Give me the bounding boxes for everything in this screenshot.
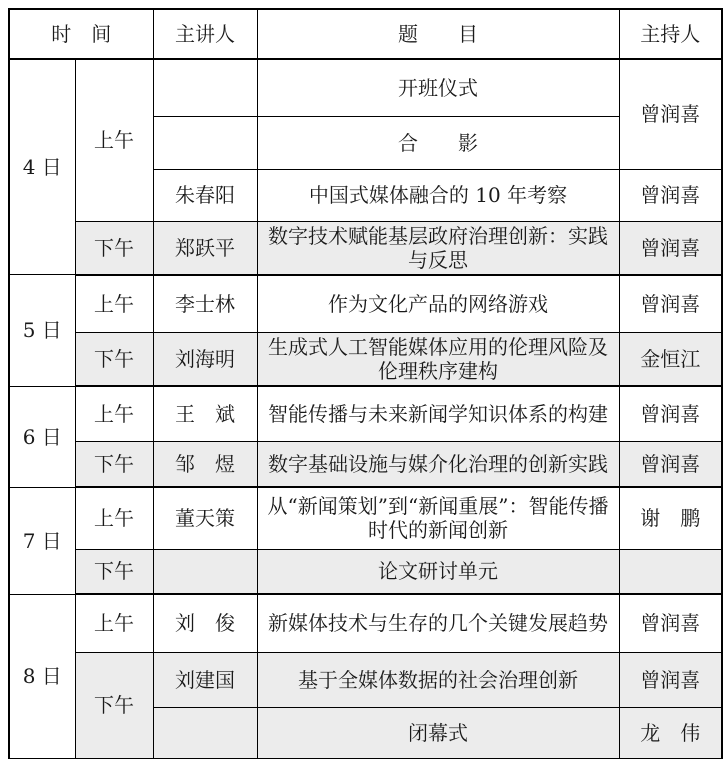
session-cell: 下午 bbox=[75, 221, 153, 275]
host-cell: 曾润喜 bbox=[619, 221, 722, 275]
speaker-cell: 刘 俊 bbox=[153, 594, 257, 652]
title-cell: 从“新闻策划”到“新闻重展”：智能传播时代的新闻创新 bbox=[257, 487, 619, 549]
host-cell: 曾润喜 bbox=[619, 275, 722, 333]
session-cell: 上午 bbox=[75, 59, 153, 221]
session-cell: 下午 bbox=[75, 333, 153, 387]
header-row: 时 间 主讲人 题 目 主持人 bbox=[9, 9, 722, 59]
session-cell: 上午 bbox=[75, 275, 153, 333]
header-cell-time: 时 间 bbox=[9, 9, 153, 59]
speaker-cell bbox=[153, 116, 257, 169]
title-cell: 数字技术赋能基层政府治理创新：实践与反思 bbox=[257, 221, 619, 275]
host-cell bbox=[619, 549, 722, 594]
table-row: 下午 论文研讨单元 bbox=[9, 549, 722, 594]
title-cell: 闭幕式 bbox=[257, 707, 619, 759]
day-cell: 4 日 bbox=[9, 59, 75, 275]
day-cell: 7 日 bbox=[9, 487, 75, 594]
day-cell: 8 日 bbox=[9, 594, 75, 759]
host-cell: 曾润喜 bbox=[619, 441, 722, 487]
header-cell-host: 主持人 bbox=[619, 9, 722, 59]
title-cell: 合 影 bbox=[257, 116, 619, 169]
title-cell: 论文研讨单元 bbox=[257, 549, 619, 594]
title-cell: 数字基础设施与媒介化治理的创新实践 bbox=[257, 441, 619, 487]
header-cell-speaker: 主讲人 bbox=[153, 9, 257, 59]
host-cell: 龙 伟 bbox=[619, 707, 722, 759]
host-cell: 曾润喜 bbox=[619, 59, 722, 169]
table-row: 下午 刘海明 生成式人工智能媒体应用的伦理风险及伦理秩序建构 金恒江 bbox=[9, 333, 722, 387]
session-cell: 下午 bbox=[75, 549, 153, 594]
host-cell: 曾润喜 bbox=[619, 652, 722, 707]
speaker-cell: 刘海明 bbox=[153, 333, 257, 387]
host-cell: 金恒江 bbox=[619, 333, 722, 387]
session-cell: 上午 bbox=[75, 386, 153, 441]
schedule-table: 时 间 主讲人 题 目 主持人 4 日 上午 开班仪式 曾润喜 合 影 朱春阳 … bbox=[8, 8, 723, 759]
title-cell: 作为文化产品的网络游戏 bbox=[257, 275, 619, 333]
speaker-cell bbox=[153, 549, 257, 594]
table-row: 下午 刘建国 基于全媒体数据的社会治理创新 曾润喜 bbox=[9, 652, 722, 707]
speaker-cell: 邹 煜 bbox=[153, 441, 257, 487]
document-page: 时 间 主讲人 题 目 主持人 4 日 上午 开班仪式 曾润喜 合 影 朱春阳 … bbox=[0, 0, 728, 759]
speaker-cell: 朱春阳 bbox=[153, 169, 257, 221]
speaker-cell bbox=[153, 707, 257, 759]
table-row: 下午 郑跃平 数字技术赋能基层政府治理创新：实践与反思 曾润喜 bbox=[9, 221, 722, 275]
host-cell: 谢 鹏 bbox=[619, 487, 722, 549]
speaker-cell: 李士林 bbox=[153, 275, 257, 333]
host-cell: 曾润喜 bbox=[619, 169, 722, 221]
table-row: 7 日 上午 董天策 从“新闻策划”到“新闻重展”：智能传播时代的新闻创新 谢 … bbox=[9, 487, 722, 549]
table-row: 6 日 上午 王 斌 智能传播与未来新闻学知识体系的构建 曾润喜 bbox=[9, 386, 722, 441]
table-row: 5 日 上午 李士林 作为文化产品的网络游戏 曾润喜 bbox=[9, 275, 722, 333]
header-cell-title: 题 目 bbox=[257, 9, 619, 59]
table-row: 8 日 上午 刘 俊 新媒体技术与生存的几个关键发展趋势 曾润喜 bbox=[9, 594, 722, 652]
speaker-cell: 郑跃平 bbox=[153, 221, 257, 275]
host-cell: 曾润喜 bbox=[619, 594, 722, 652]
speaker-cell: 刘建国 bbox=[153, 652, 257, 707]
title-cell: 生成式人工智能媒体应用的伦理风险及伦理秩序建构 bbox=[257, 333, 619, 387]
speaker-cell: 王 斌 bbox=[153, 386, 257, 441]
speaker-cell bbox=[153, 59, 257, 116]
title-cell: 开班仪式 bbox=[257, 59, 619, 116]
session-cell: 下午 bbox=[75, 441, 153, 487]
session-cell: 下午 bbox=[75, 652, 153, 759]
title-cell: 基于全媒体数据的社会治理创新 bbox=[257, 652, 619, 707]
day-cell: 6 日 bbox=[9, 386, 75, 487]
table-row: 下午 邹 煜 数字基础设施与媒介化治理的创新实践 曾润喜 bbox=[9, 441, 722, 487]
title-cell: 新媒体技术与生存的几个关键发展趋势 bbox=[257, 594, 619, 652]
host-cell: 曾润喜 bbox=[619, 386, 722, 441]
title-cell: 中国式媒体融合的 10 年考察 bbox=[257, 169, 619, 221]
title-cell: 智能传播与未来新闻学知识体系的构建 bbox=[257, 386, 619, 441]
session-cell: 上午 bbox=[75, 487, 153, 549]
session-cell: 上午 bbox=[75, 594, 153, 652]
table-row: 4 日 上午 开班仪式 曾润喜 bbox=[9, 59, 722, 116]
day-cell: 5 日 bbox=[9, 275, 75, 387]
speaker-cell: 董天策 bbox=[153, 487, 257, 549]
